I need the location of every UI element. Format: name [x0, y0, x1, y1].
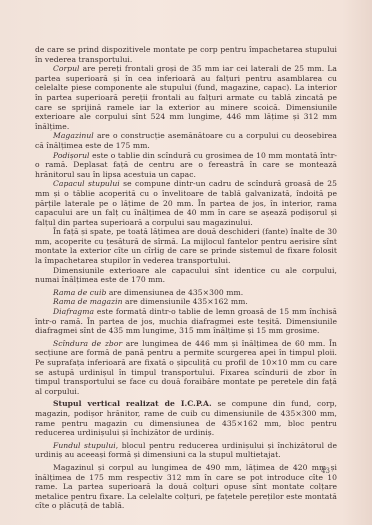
- paragraph-text: Dimensiunile exterioare ale capacului sî…: [35, 266, 337, 285]
- paragraph: Podișorul este o tablie din scîndură cu …: [35, 151, 337, 180]
- emphasized-term: Podișorul: [53, 151, 90, 160]
- book-page: de care se prind dispozitivele montate p…: [0, 0, 372, 525]
- emphasized-term: Rama de cuib: [53, 288, 106, 297]
- emphasized-term: Corpul: [53, 64, 80, 73]
- paragraph-text: are dimensiunea de 435×300 mm.: [106, 288, 243, 297]
- emphasized-term: Scîndura de zbor: [53, 339, 122, 348]
- emphasized-term: Magazinul: [53, 131, 94, 140]
- emphasized-term: Capacul stupului: [53, 179, 120, 188]
- paragraph: Rama de cuib are dimensiunea de 435×300 …: [35, 288, 337, 298]
- paragraph: Stupul vertical realizat de I.C.P.A. se …: [35, 399, 337, 437]
- body-text: de care se prind dispozitivele montate p…: [35, 45, 337, 511]
- paragraph: Rama de magazin are dimensiunile 435×162…: [35, 297, 337, 307]
- paragraph-text: Magazinul și corpul au lungimea de 490 m…: [35, 463, 337, 510]
- paragraph: de care se prind dispozitivele montate p…: [35, 45, 337, 64]
- paragraph: Corpul are pereți frontali groși de 35 m…: [35, 64, 337, 131]
- paragraph-text: are dimensiunile 435×162 mm.: [123, 297, 248, 306]
- emphasized-term: Fundul stupului: [53, 441, 116, 450]
- paragraph: Diafragma este formată dintr-o tablie de…: [35, 307, 337, 336]
- paragraph: Scîndura de zbor are lungimea de 446 mm …: [35, 339, 337, 397]
- paragraph: Dimensiunile exterioare ale capacului sî…: [35, 266, 337, 285]
- paragraph: Fundul stupului, blocul pentru reducerea…: [35, 441, 337, 460]
- paragraph-text: În față și spate, pe toată lățimea are d…: [35, 227, 337, 265]
- emphasized-term: Stupul vertical realizat de I.C.P.A.: [53, 399, 212, 408]
- emphasized-term: Diafragma: [53, 307, 94, 316]
- paragraph: Capacul stupului se compune dintr-un cad…: [35, 179, 337, 227]
- paragraph: În față și spate, pe toată lățimea are d…: [35, 227, 337, 265]
- paragraph: Magazinul și corpul au lungimea de 490 m…: [35, 463, 337, 511]
- paragraph-text: are pereți frontali groși de 35 mm iar c…: [35, 64, 337, 131]
- emphasized-term: Rama de magazin: [53, 297, 123, 306]
- page-number: 43: [321, 467, 330, 475]
- paragraph-text: de care se prind dispozitivele montate p…: [35, 45, 337, 64]
- paragraph: Magazinul are o construcție asemănătoare…: [35, 131, 337, 150]
